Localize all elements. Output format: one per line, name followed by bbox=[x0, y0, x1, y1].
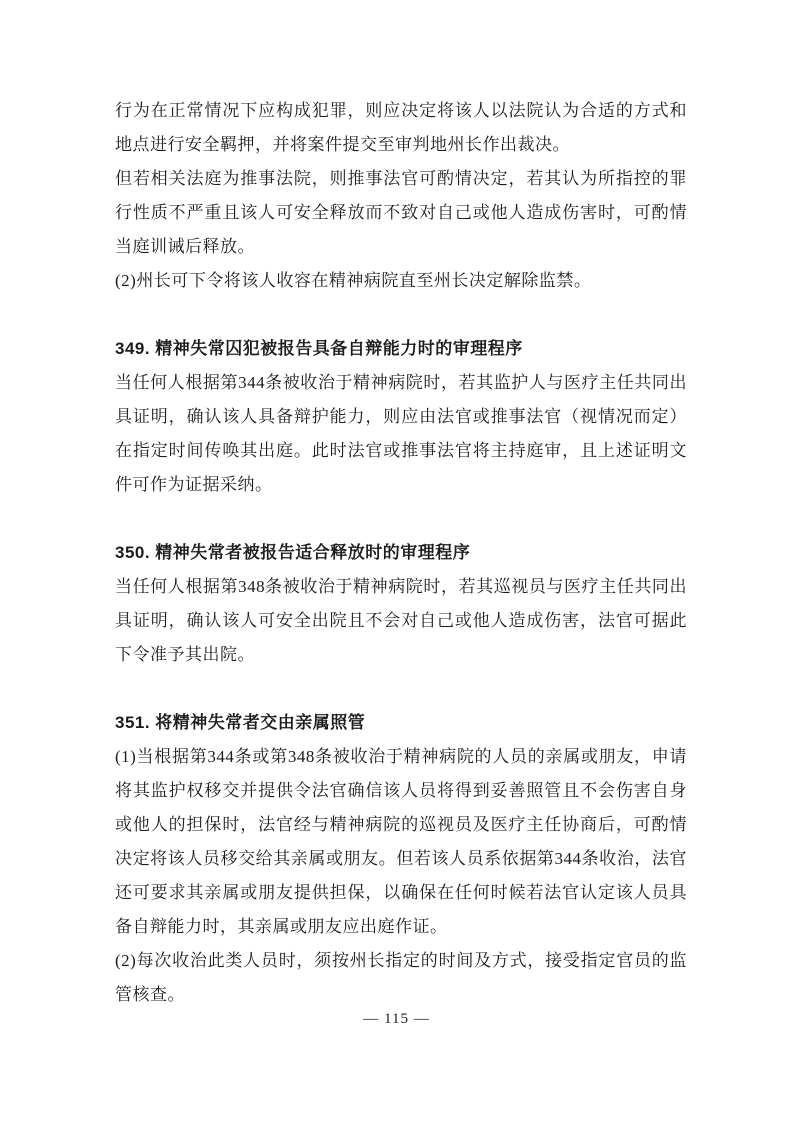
section-heading-349: 349. 精神失常囚犯被报告具备自辩能力时的审理程序 bbox=[115, 332, 687, 366]
paragraph-clause-2: (2)州长可下令将该人收容在精神病院直至州长决定解除监禁。 bbox=[115, 264, 687, 298]
document-page: 行为在正常情况下应构成犯罪，则应决定将该人以法院认为合适的方式和地点进行安全羁押… bbox=[0, 0, 793, 1122]
section-heading-350: 350. 精神失常者被报告适合释放时的审理程序 bbox=[115, 536, 687, 570]
page-footer: — 115 — bbox=[0, 1008, 793, 1030]
page-content: 行为在正常情况下应构成犯罪，则应决定将该人以法院认为合适的方式和地点进行安全羁押… bbox=[115, 94, 687, 1012]
paragraph-section-350: 当任何人根据第348条被收治于精神病院时，若其巡视员与医疗主任共同出具证明，确认… bbox=[115, 570, 687, 672]
paragraph-continuation: 行为在正常情况下应构成犯罪，则应决定将该人以法院认为合适的方式和地点进行安全羁押… bbox=[115, 94, 687, 162]
paragraph-section-351-clause-1: (1)当根据第344条或第348条被收治于精神病院的人员的亲属或朋友，申请将其监… bbox=[115, 740, 687, 944]
page-number: — 115 — bbox=[363, 1011, 429, 1027]
paragraph: 但若相关法庭为推事法院，则推事法官可酌情决定，若其认为所指控的罪行性质不严重且该… bbox=[115, 162, 687, 264]
paragraph-section-351-clause-2: (2)每次收治此类人员时，须按州长指定的时间及方式，接受指定官员的监管核查。 bbox=[115, 944, 687, 1012]
paragraph-section-349: 当任何人根据第344条被收治于精神病院时，若其监护人与医疗主任共同出具证明，确认… bbox=[115, 366, 687, 502]
section-heading-351: 351. 将精神失常者交由亲属照管 bbox=[115, 706, 687, 740]
